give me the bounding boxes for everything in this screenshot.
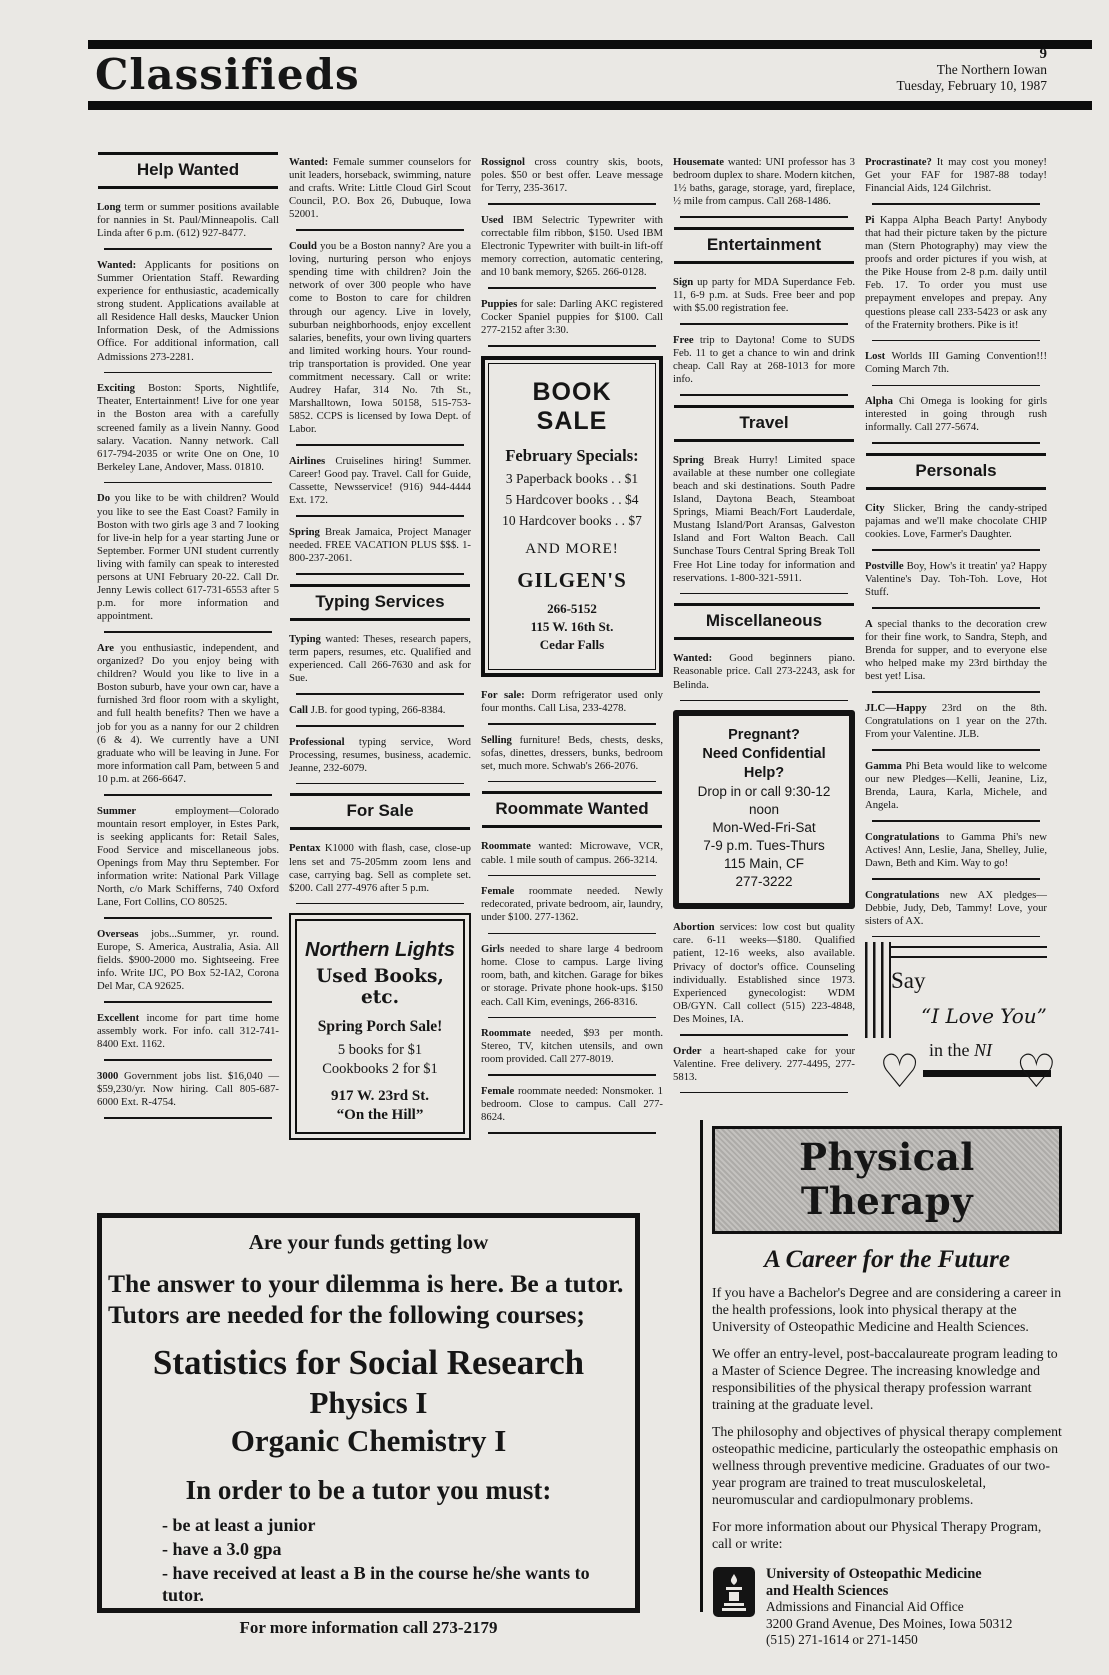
classified-ad: Rossignol cross country skis, boots, pol… [481,156,663,195]
classified-ad: For sale: Dorm refrigerator used only fo… [481,689,663,715]
ad-lead: Congratulations [865,831,939,843]
ad-divider [104,248,272,250]
ad-lead: Free [673,334,694,346]
ad-divider [488,345,656,347]
masthead-bottom-rule [88,101,1092,110]
ad-divider [296,693,464,695]
book-sale-inner: BOOK SALE February Specials: 3 Paperback… [488,363,656,670]
ad-divider [296,725,464,727]
ad-text: Slicker, Bring the candy-striped pajamas… [865,502,1047,540]
love-note-corner-bars [865,942,891,1038]
pregnancy-help-ad: Pregnant? Need Confidential Help? Drop i… [673,710,855,909]
section-header-help-wanted: Help Wanted [98,152,278,189]
ad-lead: Typing [289,633,321,645]
love-note-top-rule [889,946,1047,958]
northern-lights-title: Northern Lights [299,939,461,962]
love-note-i-love-you: “I Love You” [921,1004,1047,1028]
ad-divider [872,340,1040,342]
ad-lead: For sale: [481,689,525,701]
ad-divider [488,1017,656,1019]
ad-divider [104,917,272,919]
tutor-ad-course: Physics I [102,1385,635,1421]
ad-divider [872,607,1040,609]
ad-lead: Alpha [865,395,893,407]
pregnancy-ad-hours: 7-9 p.m. Tues-Thurs [683,837,845,855]
classified-ad: Typing wanted: Theses, research papers, … [289,633,471,685]
classified-ad: Girls needed to share large 4 bedroom ho… [481,943,663,1008]
classifieds-column-1: Help Wanted Long term or summer position… [97,150,279,1128]
ad-divider [872,878,1040,880]
masthead-title: Classifieds [95,50,360,99]
book-sale-more: AND MORE! [495,541,649,558]
ad-divider [680,394,848,396]
book-sale-subtitle: February Specials: [495,446,649,466]
pregnancy-ad-hours: Mon-Wed-Fri-Sat [683,819,845,837]
ad-lead: Rossignol [481,156,525,168]
classified-ad: A special thanks to the decoration crew … [865,618,1047,683]
classified-ad: JLC—Happy 23rd on the 8th. Congratulatio… [865,702,1047,741]
ad-text: Kappa Alpha Beach Party! Anybody that ha… [865,214,1047,331]
ad-lead: Puppies [481,298,517,310]
ad-divider [680,593,848,595]
ad-divider [104,1117,272,1119]
northern-lights-ad: Northern Lights Used Books, etc. Spring … [289,913,471,1140]
uomhs-logo-icon [712,1566,756,1623]
ad-divider [488,287,656,289]
ad-lead: Girls [481,943,504,955]
ad-divider [872,549,1040,551]
pt-ad-title-bar: Physical Therapy [712,1126,1062,1234]
ad-lead: Wanted: [673,652,712,664]
pt-ad-subtitle: A Career for the Future [712,1246,1062,1274]
ad-lead: Procrastinate? [865,156,932,168]
ad-divider [680,323,848,325]
issue-date: Tuesday, February 10, 1987 [897,78,1048,94]
section-header-entertainment: Entertainment [674,227,854,264]
love-note-say: Say [891,968,926,994]
heart-icon: ♡ [1016,1048,1057,1094]
love-note-in-the-ni: in the NI [929,1040,992,1061]
classified-ad: Lost Worlds III Gaming Convention!!! Com… [865,350,1047,376]
classified-ad: 3000 Government jobs list. $16,040 — $59… [97,1070,279,1109]
ad-lead: Postville [865,560,904,572]
ad-lead: Wanted: [97,259,136,271]
page-number: 9 [897,46,1048,62]
classified-ad: Abortion services: low cost but quality … [673,921,855,1026]
classified-ad: Pentax K1000 with flash, case, close-up … [289,842,471,894]
section-header-typing-services: Typing Services [290,584,470,621]
ad-lead: Order [673,1045,702,1057]
ad-lead: Airlines [289,455,325,467]
physical-therapy-ad: Physical Therapy A Career for the Future… [712,1126,1062,1649]
classified-ad: Could you be a Boston nanny? Are you a l… [289,240,471,436]
ad-lead: Sign [673,276,693,288]
ad-lead: Spring [673,454,704,466]
book-sale-item: 3 Paperback books . . $1 [495,471,649,487]
masthead-right: 9 The Northern Iowan Tuesday, February 1… [897,46,1048,94]
classified-ad: Puppies for sale: Darling AKC registered… [481,298,663,337]
ad-lead: Call [289,704,308,716]
ad-lead: Wanted: [289,156,328,168]
northern-lights-offer: 5 books for $1 [299,1042,461,1059]
pregnancy-ad-hours: Drop in or call 9:30-12 noon [683,783,845,819]
pt-ad-org-address: 3200 Grand Avenue, Des Moines, Iowa 5031… [766,1616,1012,1633]
ad-divider [872,385,1040,387]
ad-divider [296,903,464,905]
ad-divider [104,372,272,374]
pt-ad-org-block: University of Osteopathic Medicine and H… [766,1566,1012,1649]
ad-lead: Overseas [97,928,139,940]
section-header-personals: Personals [866,453,1046,490]
book-sale-ad: BOOK SALE February Specials: 3 Paperback… [481,356,663,677]
classified-ad: Roommate needed, $93 per month. Stereo, … [481,1027,663,1066]
book-sale-item: 10 Hardcover books . . $7 [495,513,649,529]
tutor-ad-requirement: - have received at least a B in the cour… [162,1562,605,1606]
book-sale-address: 115 W. 16th St. [495,619,649,635]
publication-name: The Northern Iowan [897,62,1048,78]
classified-ad: Do you like to be with children? Would y… [97,492,279,623]
ad-text: you like to be with children? Would you … [97,492,279,622]
pt-ad-org-name: University of Osteopathic Medicine [766,1566,1012,1583]
section-header-miscellaneous: Miscellaneous [674,603,854,640]
love-note-in-the: in the [929,1040,974,1060]
ad-divider [872,820,1040,822]
classified-ad: Are you enthusiastic, independent, and o… [97,642,279,786]
ad-text: special thanks to the decoration crew fo… [865,618,1047,682]
northern-lights-address: 917 W. 23rd St. [299,1088,461,1105]
ad-divider [680,1034,848,1036]
classified-ad: Excellent income for part time home asse… [97,1012,279,1051]
ad-lead: Abortion [673,921,715,933]
classified-ad: Housemate wanted: UNI professor has 3 be… [673,156,855,208]
ad-divider [104,794,272,796]
ad-lead: Used [481,214,504,226]
book-sale-city: Cedar Falls [495,637,649,653]
ad-divider [488,203,656,205]
ad-lead: Exciting [97,382,135,394]
classified-ad: Procrastinate? It may cost you money! Ge… [865,156,1047,195]
ad-divider [680,216,848,218]
classified-ad: Spring Break Jamaica, Project Manager ne… [289,526,471,565]
ad-divider [488,1074,656,1076]
ad-lead: JLC—Happy [865,702,927,714]
classifieds-column-3: Rossignol cross country skis, boots, pol… [481,150,663,1143]
ad-text: term or summer positions available for n… [97,201,279,239]
classifieds-column-5: Procrastinate? It may cost you money! Ge… [865,150,1047,1096]
classified-ad: Order a heart-shaped cake for your Valen… [673,1045,855,1084]
ad-lead: Lost [865,350,885,362]
book-sale-title: BOOK SALE [495,378,649,436]
ad-divider [872,691,1040,693]
tutor-ad-line: Tutors are needed for the following cour… [108,1300,629,1329]
classified-ad: Selling furniture! Beds, chests, desks, … [481,734,663,773]
pt-ad-left-rule [700,1120,703,1612]
ad-text: Break Hurry! Limited space available at … [673,454,855,584]
classified-ad: Congratulations to Gamma Phi's new Activ… [865,831,1047,870]
pt-ad-paragraph: We offer an entry-level, post-baccalaure… [712,1345,1062,1413]
ad-divider [104,482,272,484]
tutor-ad-requirement: - be at least a junior [162,1514,605,1536]
classified-ad: Spring Break Hurry! Limited space availa… [673,454,855,585]
northern-lights-offer: Cookbooks 2 for $1 [299,1061,461,1078]
ad-divider [680,700,848,702]
pregnancy-ad-headline: Need Confidential Help? [683,745,845,783]
ad-text: Government jobs list. $16,040 — $59,230/… [97,1070,279,1108]
love-note-ad: Say “I Love You” in the NI ♡ ♡ [865,946,1047,1096]
classified-ad: City Slicker, Bring the candy-striped pa… [865,502,1047,541]
ad-divider [296,573,464,575]
ad-divider [872,749,1040,751]
book-sale-phone: 266-5152 [495,601,649,617]
ad-lead: 3000 [97,1070,118,1082]
ad-text: Applicants for positions on Summer Orien… [97,259,279,363]
ad-text: trip to Daytona! Come to SUDS Feb. 11 to… [673,334,855,385]
ad-lead: Housemate [673,156,724,168]
classified-ad: Airlines Cruiselines hiring! Summer. Car… [289,455,471,507]
tutor-ad-requirement: - have a 3.0 gpa [162,1538,605,1560]
ad-divider [488,1132,656,1134]
ad-lead: Could [289,240,317,252]
classified-ad: Postville Boy, How's it treatin' ya? Hap… [865,560,1047,599]
tutor-ad-course: Organic Chemistry I [102,1423,635,1459]
classified-ad: Sign up party for MDA Superdance Feb. 11… [673,276,855,315]
ad-divider [680,1092,848,1094]
classified-ad: Roommate wanted: Microwave, VCR, cable. … [481,840,663,866]
ad-text: you enthusiastic, independent, and organ… [97,642,279,785]
classified-ad: Free trip to Daytona! Come to SUDS Feb. … [673,334,855,386]
pt-ad-footer: University of Osteopathic Medicine and H… [712,1566,1062,1649]
ad-lead: Female [481,1085,514,1097]
classified-ad: Wanted: Applicants for positions on Summ… [97,259,279,364]
ad-text: J.B. for good typing, 266-8384. [311,704,446,716]
classifieds-column-2: Wanted: Female summer counselors for uni… [289,150,471,1140]
section-header-roommate-wanted: Roommate Wanted [482,791,662,828]
tutor-ad-heading: Are your funds getting low [102,1230,635,1255]
classified-ad: Overseas jobs...Summer, yr. round. Europ… [97,928,279,993]
ad-text: IBM Selectric Typewriter with correctabl… [481,214,663,278]
tutor-ad-phone-line: For more information call 273-2179 [102,1618,635,1638]
ad-text: Worlds III Gaming Convention!!! Coming M… [865,350,1047,375]
ad-lead: City [865,502,885,514]
ad-lead: Gamma [865,760,902,772]
ad-divider [104,1059,272,1061]
ad-divider [872,442,1040,444]
ad-text: needed to share large 4 bedroom home. Cl… [481,943,663,1007]
tutor-ad-line: The answer to your dilemma is here. Be a… [108,1269,629,1298]
classified-ad: Long term or summer positions available … [97,201,279,240]
pregnancy-ad-headline: Pregnant? [683,726,845,745]
ad-lead: Congratulations [865,889,939,901]
ad-lead: Are [97,642,114,654]
tutor-ad-course: Statistics for Social Research [102,1343,635,1383]
book-sale-item: 5 Hardcover books . . $4 [495,492,649,508]
classified-ad: Gamma Phi Beta would like to welcome our… [865,760,1047,812]
classifieds-column-4: Housemate wanted: UNI professor has 3 be… [673,150,855,1102]
ad-divider [296,229,464,231]
pt-ad-title: Physical Therapy [799,1135,975,1223]
classified-ad: Wanted: Good beginners piano. Reasonable… [673,652,855,691]
heart-icon: ♡ [879,1048,920,1094]
ad-text: services: low cost but quality care. 6-1… [673,921,855,1025]
classified-ad: Female roommate needed. Newly redecorate… [481,885,663,924]
ad-divider [296,783,464,785]
ad-lead: Pi [865,214,875,226]
classified-ad: Exciting Boston: Sports, Nightlife, Thea… [97,382,279,474]
section-header-travel: Travel [674,405,854,442]
ad-lead: Roommate [481,1027,531,1039]
ad-divider [488,723,656,725]
classified-ad: Summer employment—Colorado mountain reso… [97,805,279,910]
ad-lead: Pentax [289,842,320,854]
book-sale-store-name: GILGEN'S [495,568,649,593]
ad-lead: Long [97,201,121,213]
newspaper-page: Classifieds 9 The Northern Iowan Tuesday… [0,0,1109,1675]
ad-lead: Spring [289,526,320,538]
classified-ad: Congratulations new AX pledges—Debbie, J… [865,889,1047,928]
ad-text: Chi Omega is looking for girls intereste… [865,395,1047,433]
pt-ad-org-office: Admissions and Financial Aid Office [766,1599,1012,1616]
pt-ad-org-name: and Health Sciences [766,1583,1012,1600]
classified-ad: Call J.B. for good typing, 266-8384. [289,704,471,717]
northern-lights-subtitle: Used Books, etc. [299,966,461,1008]
ad-text: up party for MDA Superdance Feb. 11, 6-9… [673,276,855,314]
pt-ad-paragraph: The philosophy and objectives of physica… [712,1423,1062,1508]
classified-ad: Wanted: Female summer counselors for uni… [289,156,471,221]
ad-lead: Professional [289,736,345,748]
ad-text: Boston: Sports, Nightlife, Theater, Ente… [97,382,279,473]
pregnancy-ad-phone: 277-3222 [683,873,845,891]
ad-text: employment—Colorado mountain resort empl… [97,805,279,909]
pt-ad-org-phone: (515) 271-1614 or 271-1450 [766,1632,1012,1649]
northern-lights-sale-line: Spring Porch Sale! [299,1018,461,1036]
pt-ad-paragraph: If you have a Bachelor's Degree and are … [712,1284,1062,1335]
ad-divider [296,515,464,517]
ad-divider [104,1001,272,1003]
classified-ad: Female roommate needed: Nonsmoker. 1 bed… [481,1085,663,1124]
ad-divider [488,875,656,877]
ad-divider [872,936,1040,938]
love-note-ni: NI [974,1040,992,1060]
ad-divider [104,631,272,633]
ad-text: you be a Boston nanny? Are you a loving,… [289,240,471,435]
northern-lights-tagline: “On the Hill” [299,1107,461,1124]
ad-lead: Excellent [97,1012,139,1024]
ad-divider [872,203,1040,205]
pt-ad-paragraph: For more information about our Physical … [712,1518,1062,1552]
tutor-ad: Are your funds getting low The answer to… [97,1213,640,1613]
classified-ad: Professional typing service, Word Proces… [289,736,471,775]
ad-lead: Selling [481,734,512,746]
tutor-ad-requirements-heading: In order to be a tutor you must: [102,1475,635,1506]
classified-ad: Alpha Chi Omega is looking for girls int… [865,395,1047,434]
ad-divider [488,781,656,783]
ad-lead: Do [97,492,110,504]
ad-divider [488,933,656,935]
section-header-for-sale: For Sale [290,793,470,830]
ad-lead: Roommate [481,840,531,852]
ad-divider [296,444,464,446]
classified-ad: Pi Kappa Alpha Beach Party! Anybody that… [865,214,1047,332]
ad-lead: Female [481,885,514,897]
ad-lead: A [865,618,873,630]
pregnancy-ad-address: 115 Main, CF [683,855,845,873]
ad-lead: Summer [97,805,136,817]
classified-ad: Used IBM Selectric Typewriter with corre… [481,214,663,279]
